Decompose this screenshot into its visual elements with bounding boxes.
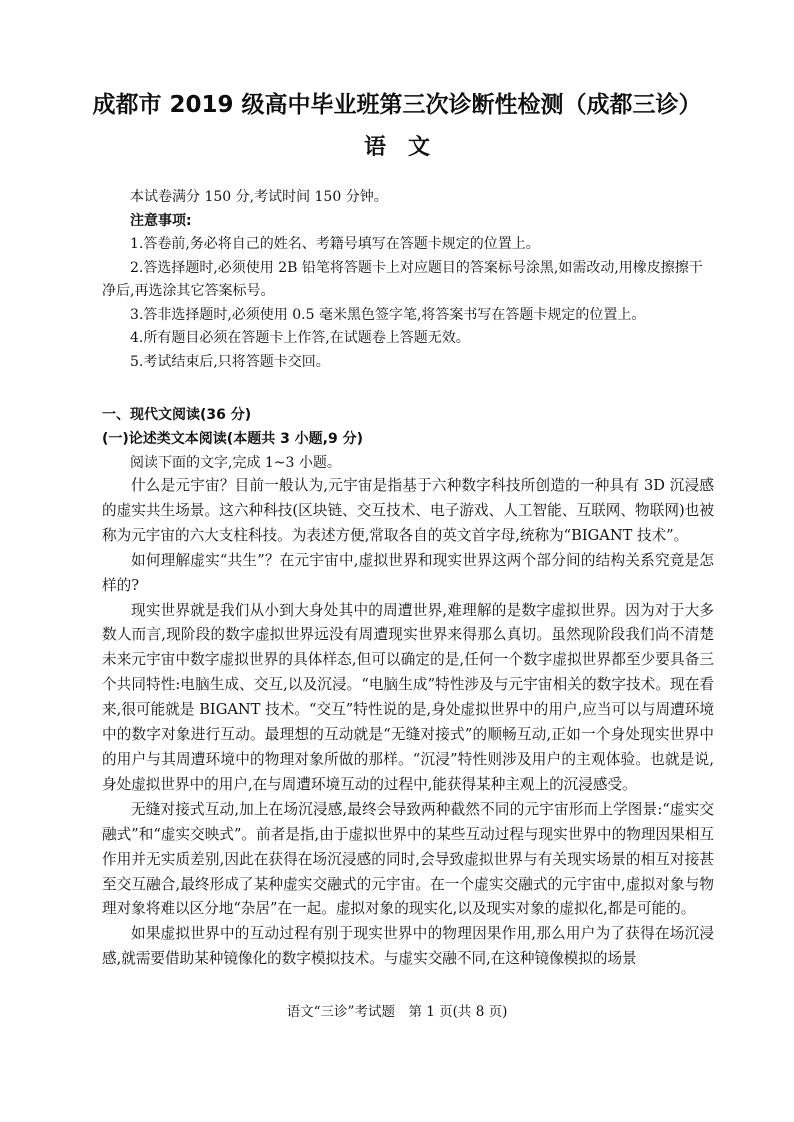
exam-intro: 本试卷满分 150 分,考试时间 150 分钟。 [102,186,714,210]
exam-page: 成都市 2019 级高中毕业班第三次诊断性检测（成都三诊） 语文 本试卷满分 1… [0,0,794,1122]
notice-item: 2.答选择题时,必须使用 2B 铅笔将答题卡上对应题目的答案标号涂黑,如需改动,… [102,257,714,304]
notice-item: 4.所有题目必须在答题卡上作答,在试题卷上答题无效。 [102,327,714,351]
reading-passage: 什么是元宇宙？目前一般认为,元宇宙是指基于六种数字科技所创造的一种具有 3D 沉… [102,474,714,972]
passage-paragraph: 现实世界就是我们从小到大身处其中的周遭世界,难理解的是数字虚拟世界。因为对于大多… [102,599,714,798]
reading-instruction: 阅读下面的文字,完成 1~3 小题。 [102,451,714,475]
notice-item: 5.考试结束后,只将答题卡交回。 [102,351,714,375]
passage-paragraph: 如果虚拟世界中的互动过程有别于现实世界中的物理因果作用,那么用户为了获得在场沉浸… [102,922,714,972]
notice-item: 1.答卷前,务必将自己的姓名、考籍号填写在答题卡规定的位置上。 [102,233,714,257]
section-header: 一、现代文阅读(36 分) (一)论述类文本阅读(本题共 3 小题,9 分) 阅… [102,403,714,475]
passage-paragraph: 如何理解虚实“共生”？在元宇宙中,虚拟世界和现实世界这两个部分间的结构关系究竟是… [102,549,714,599]
exam-title: 成都市 2019 级高中毕业班第三次诊断性检测（成都三诊） [0,86,794,119]
subsection-heading: (一)论述类文本阅读(本题共 3 小题,9 分) [102,427,714,451]
exam-notice: 本试卷满分 150 分,考试时间 150 分钟。 注意事项: 1.答卷前,务必将… [102,186,714,374]
notice-heading: 注意事项: [102,210,714,234]
passage-paragraph: 什么是元宇宙？目前一般认为,元宇宙是指基于六种数字科技所创造的一种具有 3D 沉… [102,474,714,549]
subject-title: 语文 [0,130,794,161]
notice-item: 3.答非选择题时,必须使用 0.5 毫米黑色签字笔,将答案书写在答题卡规定的位置… [102,304,714,328]
section-heading: 一、现代文阅读(36 分) [102,403,714,427]
page-footer: 语文“三诊”考试题 第 1 页(共 8 页) [0,1000,794,1020]
passage-paragraph: 无缝对接式互动,加上在场沉浸感,最终会导致两种截然不同的元宇宙形而上学图景:“虚… [102,798,714,923]
